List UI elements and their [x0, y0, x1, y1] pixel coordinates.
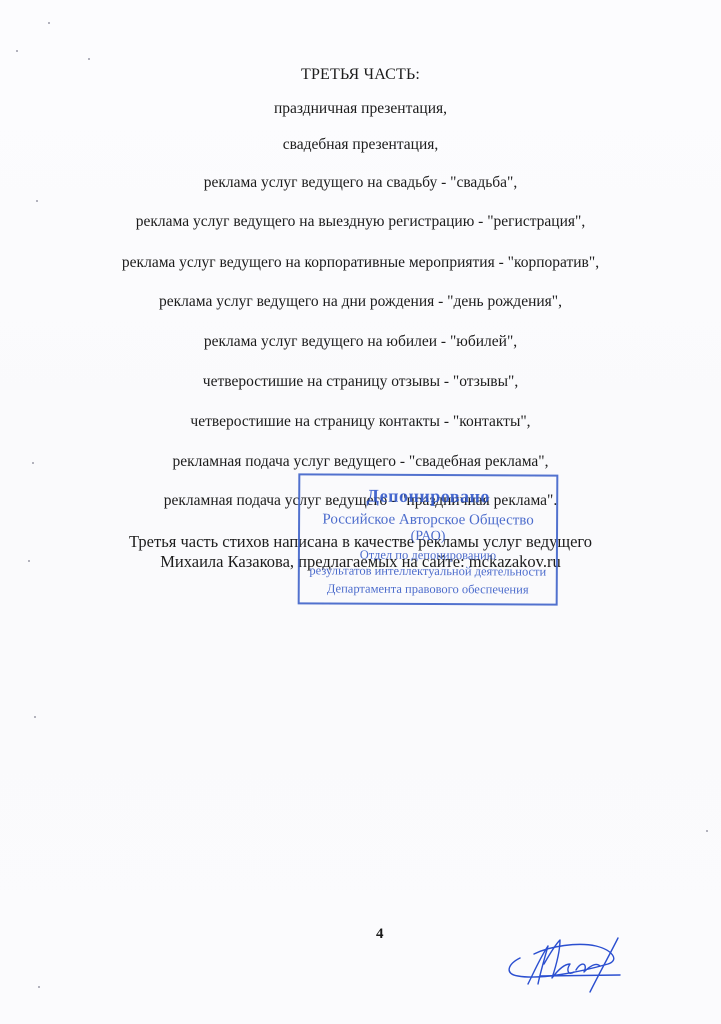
scan-speck [36, 200, 38, 202]
list-item: рекламная подача услуг ведущего - "сваде… [0, 453, 721, 471]
page-number: 4 [376, 926, 384, 943]
stamp-organization: Российское Авторское Общество [300, 511, 556, 529]
scan-speck [34, 716, 36, 718]
list-item: реклама услуг ведущего на выездную регис… [0, 213, 721, 231]
list-item: реклама услуг ведущего на дни рождения -… [0, 293, 721, 311]
list-item: праздничная презентация, [0, 100, 721, 118]
list-item: свадебная презентация, [0, 136, 721, 154]
list-item: реклама услуг ведущего на корпоративные … [0, 254, 721, 272]
stamp-abbreviation: (РАО) [300, 528, 556, 545]
stamp-department-line-3: Департамента правового обеспечения [300, 581, 556, 597]
scan-speck [706, 830, 708, 832]
list-item: четверостишие на страницу отзывы - "отзы… [0, 373, 721, 391]
section-title: ТРЕТЬЯ ЧАСТЬ: [0, 66, 721, 84]
deposit-stamp: Депонировано Российское Авторское Общест… [298, 473, 559, 605]
scan-speck [16, 50, 18, 52]
list-item: реклама услуг ведущего на свадьбу - "сва… [0, 174, 721, 192]
stamp-title: Депонировано [300, 485, 556, 507]
list-item: четверостишие на страницу контакты - "ко… [0, 413, 721, 431]
scan-speck [38, 986, 40, 988]
scanned-document-page: ТРЕТЬЯ ЧАСТЬ: праздничная презентация, с… [0, 0, 721, 1024]
handwritten-signature-icon [500, 920, 630, 1000]
list-item: реклама услуг ведущего на юбилеи - "юбил… [0, 333, 721, 351]
scan-speck [88, 58, 90, 60]
stamp-department-line-1: Отдел по депонированию [300, 547, 556, 563]
scan-speck [48, 22, 50, 24]
stamp-department-line-2: результатов интеллектуальной деятельност… [300, 563, 556, 579]
